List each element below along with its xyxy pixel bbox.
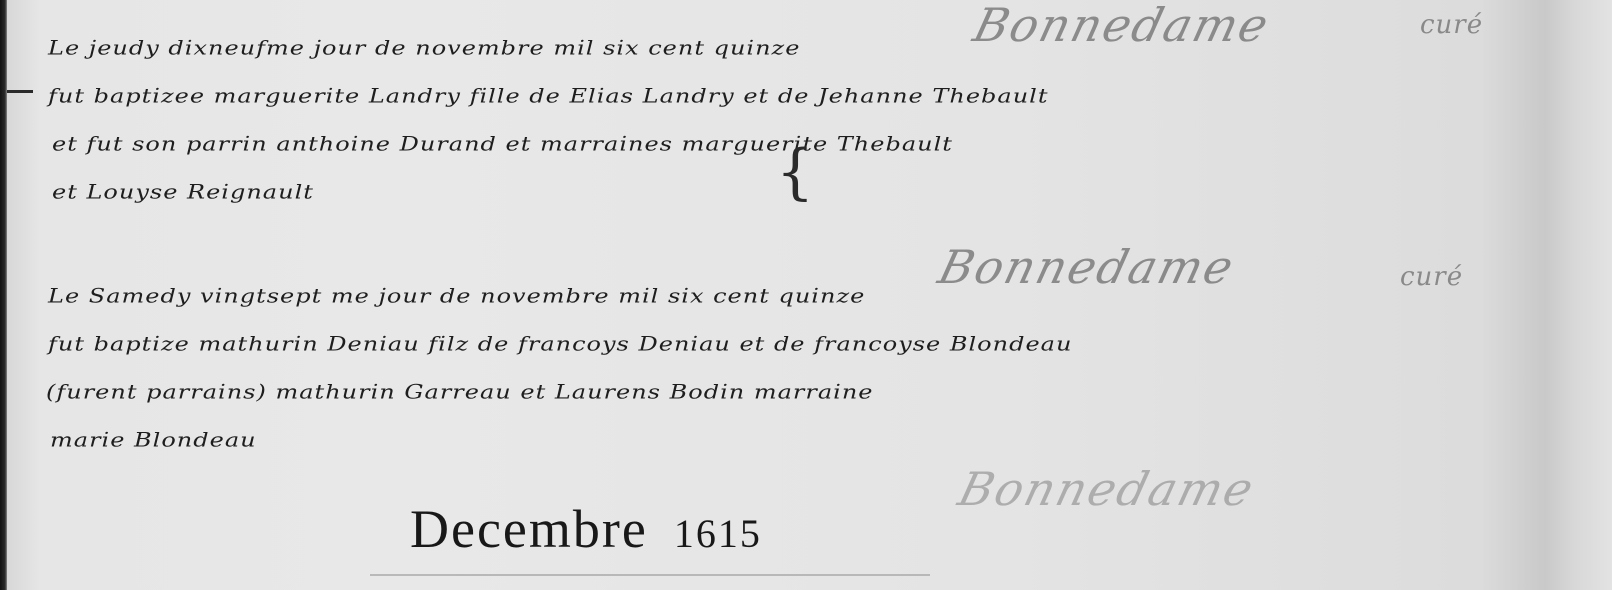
register-page: Le jeudy dixneufme jour de novembre mil … (0, 0, 1612, 590)
entry-2-line-2: fut baptize mathurin Deniau filz de fran… (48, 333, 1072, 356)
heading-month: Decembre (410, 499, 648, 559)
entry-2-marginal-note: curé (1400, 262, 1463, 292)
entry-1-line-4: et Louyse Reignault (52, 181, 314, 204)
entry-1-line-3: et fut son parrin anthoine Durand et mar… (52, 133, 953, 156)
entry-1-line-2: fut baptizee marguerite Landry fille de … (48, 85, 1048, 108)
heading-year: 1615 (674, 511, 762, 556)
binding-edge (0, 0, 7, 590)
marraines-bracket: { (776, 142, 814, 202)
entry-2-line-1: Le Samedy vingtsept me jour de novembre … (48, 285, 865, 308)
entry-1-line-1: Le jeudy dixneufme jour de novembre mil … (48, 37, 800, 60)
entry-2-signature: Bonnedame (933, 240, 1240, 294)
bottom-signature: Bonnedame (953, 462, 1260, 516)
month-heading: Decembre1615 (410, 498, 762, 560)
heading-rule (370, 574, 930, 576)
entry-2-line-3: (furent parrains) mathurin Garreau et La… (46, 381, 873, 404)
entry-1-signature: Bonnedame (968, 0, 1275, 52)
entry-2-line-4: marie Blondeau (50, 429, 257, 452)
entry-1-marginal-note: curé (1420, 10, 1483, 40)
margin-mark (7, 90, 33, 93)
